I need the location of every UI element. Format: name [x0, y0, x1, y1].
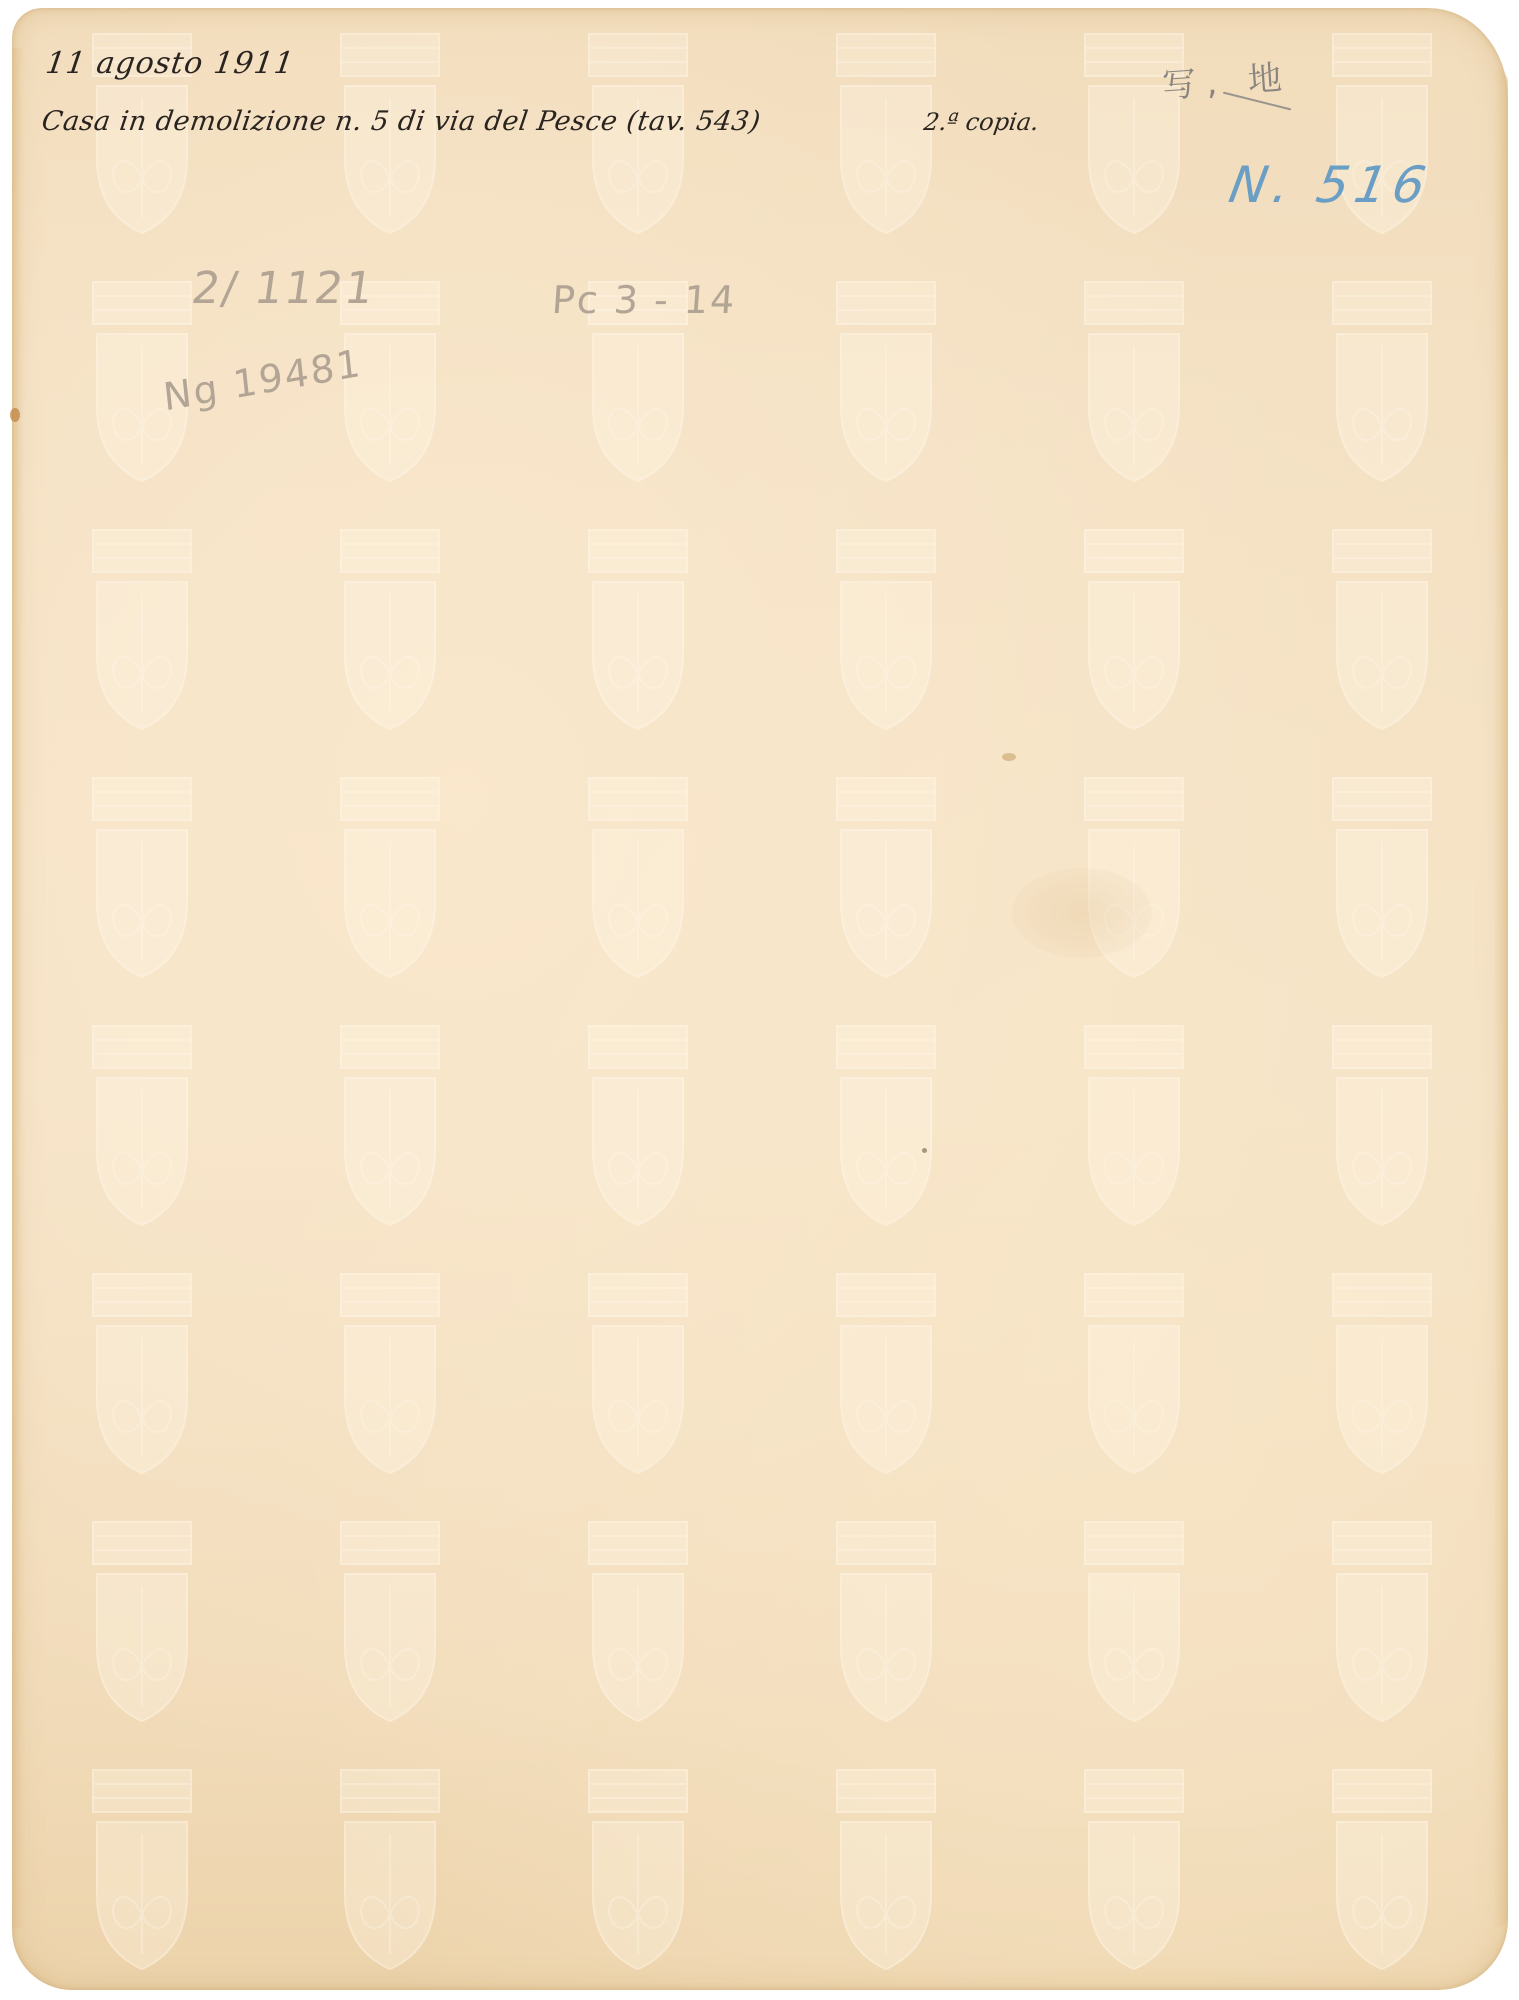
lily-shield-watermark-icon: [335, 524, 445, 734]
lily-shield-watermark-icon: [335, 772, 445, 982]
lily-shield-watermark-icon: [335, 1764, 445, 1974]
lily-shield-watermark-icon: [1079, 524, 1189, 734]
lily-shield-watermark-icon: [831, 524, 941, 734]
lily-shield-watermark-icon: [583, 1516, 693, 1726]
lily-shield-watermark-icon: [831, 772, 941, 982]
lily-shield-watermark-icon: [87, 1268, 197, 1478]
lily-shield-watermark-icon: [1079, 1020, 1189, 1230]
pencil-reference-2: Pc 3 - 14: [550, 278, 737, 322]
lily-shield-watermark-icon: [1327, 276, 1437, 486]
lily-shield-watermark-icon: [1079, 1764, 1189, 1974]
lily-shield-watermark-icon: [1327, 772, 1437, 982]
lily-shield-watermark-icon: [1327, 1764, 1437, 1974]
lily-shield-watermark-icon: [87, 1764, 197, 1974]
lily-shield-watermark-icon: [1079, 1268, 1189, 1478]
lily-shield-watermark-icon: [1327, 1516, 1437, 1726]
lily-shield-watermark-icon: [335, 1268, 445, 1478]
lily-shield-watermark-icon: [583, 1020, 693, 1230]
lily-shield-watermark-icon: [1327, 1020, 1437, 1230]
lily-shield-watermark-icon: [87, 524, 197, 734]
lily-shield-watermark-icon: [831, 1268, 941, 1478]
handwritten-copy-note: 2.ª copia.: [922, 108, 1041, 136]
lily-shield-watermark-icon: [1327, 1268, 1437, 1478]
kanji-mark: 写, 地: [1160, 50, 1293, 108]
lily-shield-watermark-icon: [1327, 524, 1437, 734]
photo-card-verso: 11 agosto 1911 Casa in demolizione n. 5 …: [12, 8, 1508, 1990]
lily-shield-watermark-icon: [1079, 772, 1189, 982]
inventory-number: N. 516: [1225, 156, 1436, 214]
handwritten-date: 11 agosto 1911: [44, 46, 297, 81]
lily-shield-watermark-icon: [583, 524, 693, 734]
lily-shield-watermark-icon: [831, 1020, 941, 1230]
lily-shield-watermark-icon: [1079, 276, 1189, 486]
lily-shield-watermark-icon: [87, 1020, 197, 1230]
lily-shield-watermark-icon: [831, 276, 941, 486]
lily-shield-watermark-icon: [335, 1020, 445, 1230]
lily-shield-watermark-icon: [583, 1764, 693, 1974]
lily-shield-watermark-icon: [335, 1516, 445, 1726]
lily-shield-watermark-icon: [1079, 1516, 1189, 1726]
pencil-reference-1: 2/ 1121: [188, 263, 378, 314]
handwritten-caption: Casa in demolizione n. 5 di via del Pesc…: [40, 106, 763, 137]
lily-shield-watermark-icon: [831, 1764, 941, 1974]
lily-shield-watermark-icon: [583, 1268, 693, 1478]
lily-shield-watermark-icon: [87, 772, 197, 982]
lily-shield-watermark-icon: [583, 772, 693, 982]
lily-shield-watermark-icon: [831, 1516, 941, 1726]
lily-shield-watermark-icon: [87, 1516, 197, 1726]
